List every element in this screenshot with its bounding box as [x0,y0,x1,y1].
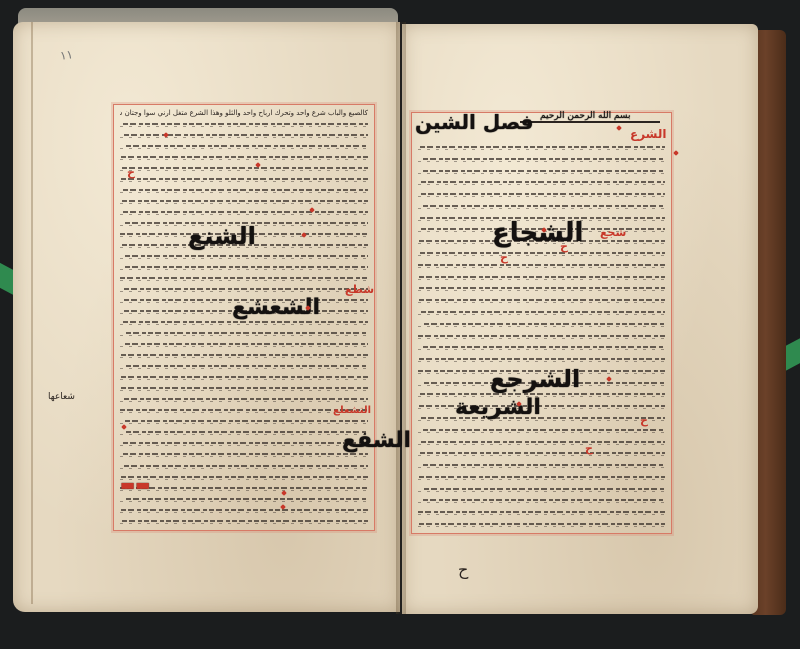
manuscript-text-line [418,520,665,529]
rubric-sharaa: الشرع [630,127,667,141]
manuscript-text-line [418,296,665,305]
manuscript-text-line [120,406,368,415]
manuscript-text-line [120,506,368,515]
manuscript-text-line [418,261,665,270]
headword-shujaa: الشجاع [492,218,583,248]
catchword: ح [458,560,468,579]
rubric-ha: ح [640,414,648,427]
rubric-ha: ح [560,240,568,253]
manuscript-text-line [418,167,665,176]
manuscript-text-line [418,308,665,317]
rubric-shata: شطع [345,283,374,296]
manuscript-text-line [418,438,665,447]
manuscript-text-line [120,164,368,173]
manuscript-text-line [120,428,368,437]
manuscript-text-line [418,249,665,258]
manuscript-text-line [418,496,665,505]
chapter-heading: فصل الشين [415,110,534,134]
manuscript-text-line [418,178,665,187]
manuscript-text-line [120,153,368,162]
manuscript-text-line [418,284,665,293]
manuscript-text-line [418,355,665,364]
manuscript-text-line [120,285,368,294]
manuscript-text-line [120,395,368,404]
manuscript-text-line [120,340,368,349]
headword-sharjaa: الشرجع [490,365,580,393]
manuscript-text-line [120,142,368,151]
manuscript-text-line [120,351,368,360]
headword-shafa: الشفع [342,428,411,453]
manuscript-text-line [120,362,368,371]
manuscript-text-line [120,274,368,283]
manuscript-text-line [120,120,368,129]
headword-shana: الشنع [188,222,256,250]
manuscript-text-line [120,417,368,426]
manuscript-text-line [418,320,665,329]
manuscript-text-line [418,202,665,211]
book-gutter [396,22,406,614]
headword-flourish: ▬▬ [120,475,150,494]
margin-note: شعاعها [48,392,75,402]
rubric-tashaloa: التشعلع [333,405,371,416]
manuscript-text-line [120,197,368,206]
manuscript-text-line [120,131,368,140]
manuscript-text-line [120,517,368,526]
manuscript-text-line [418,461,665,470]
manuscript-text-line [120,473,368,482]
manuscript-text-line [418,343,665,352]
manuscript-text-line [120,450,368,459]
manuscript-text-line [120,175,368,184]
manuscript-text-line [120,384,368,393]
basmala-extension-stroke [520,121,660,123]
manuscript-text-line [120,462,368,471]
manuscript-text-line [120,252,368,261]
rubric-ha: ح [585,442,593,455]
manuscript-text-line [418,473,665,482]
manuscript-text-line [418,273,665,282]
manuscript-text-line [418,332,665,341]
manuscript-text-line [418,190,665,199]
manuscript-text-line [120,186,368,195]
manuscript-text-line [418,426,665,435]
page-fold-crease [31,22,33,604]
basmala: بسم الله الرحمن الرحيم [540,111,630,121]
right-text-frame [411,112,672,534]
manuscript-text-line [120,329,368,338]
headword-shariaa: الشريعة [455,395,541,420]
manuscript-text-line [120,439,368,448]
manuscript-text-line [418,155,665,164]
manuscript-text-line [418,508,665,517]
manuscript-text-line [418,485,665,494]
right-text-lines [418,143,665,529]
pencil-folio-mark: ١١ [59,47,74,63]
manuscript-text-line [120,373,368,382]
manuscript-text-line [120,208,368,217]
rubric-shajaa: شجع [600,226,626,239]
manuscript-text-line [120,495,368,504]
rubric-ha: ح [500,251,508,264]
manuscript-text-line [120,484,368,493]
manuscript-text-line [120,263,368,272]
manuscript-text-line [418,143,665,152]
rubric-ha-left: ح [127,166,135,179]
manuscript-text-line [418,449,665,458]
manuscript-text-line: كالصبع والباب شرع واحد وتحرك ارباح واحد … [120,109,368,118]
